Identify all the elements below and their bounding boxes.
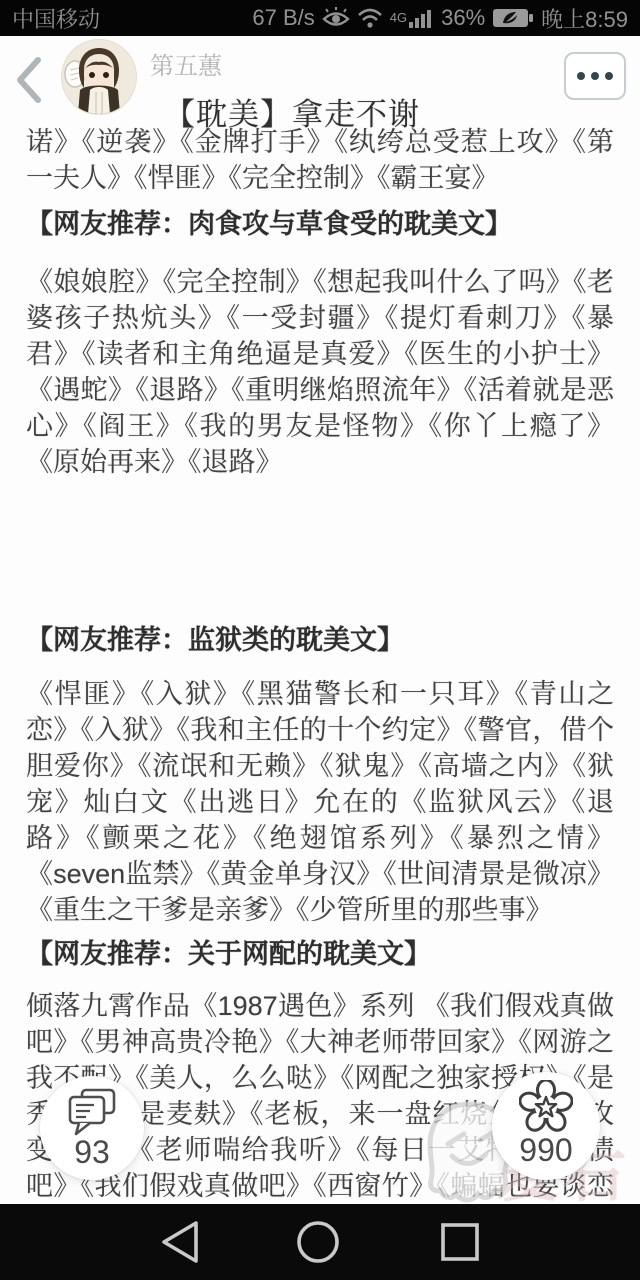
carrier-label: 中国移动 [12, 3, 100, 34]
comment-bubbles-icon [66, 1088, 118, 1136]
battery-saver-icon [492, 7, 534, 29]
net-speed-label: 67 B/s [252, 5, 314, 31]
post-paragraph: 《娘娘腔》《完全控制》《想起我叫什么了吗》《老婆孩子热炕头》《一受封疆》《提灯看… [26, 264, 614, 480]
nav-back-triangle-icon[interactable] [158, 1219, 200, 1270]
nav-recents-square-icon[interactable] [440, 1222, 480, 1267]
section-heading: 【网友推荐：监狱类的耽美文】 [26, 622, 614, 658]
battery-percent-label: 36% [441, 5, 485, 31]
wifi-icon [357, 7, 383, 29]
eye-protection-icon [322, 7, 350, 29]
likes-button[interactable]: 990 [492, 1072, 600, 1180]
ellipsis-dot [605, 72, 613, 80]
signal-4g-icon: 4G [390, 7, 434, 29]
status-bar: 中国移动 67 B/s 4G [0, 0, 640, 36]
section-heading: 【网友推荐：肉食攻与草食受的耽美文】 [26, 206, 614, 242]
post-paragraph: 《悍匪》《入狱》《黑猫警长和一只耳》《青山之恋》《入狱》《我和主任的十个约定》《… [26, 676, 614, 928]
likes-count: 990 [519, 1132, 572, 1169]
avatar-illustration [62, 40, 136, 114]
post-paragraph: 诺》《逆袭》《金牌打手》《纨绔总受惹上攻》《第一夫人》《悍匪》《完全控制》《霸王… [26, 124, 614, 196]
clock-label: 晚上8:59 [541, 3, 628, 34]
nav-home-circle-icon[interactable] [295, 1219, 341, 1270]
flower-star-icon [519, 1080, 573, 1134]
more-options-button[interactable] [564, 52, 626, 100]
author-username[interactable]: 第五蕙 [150, 46, 420, 81]
header: 第五蕙 【耽美】拿走不谢 [0, 36, 640, 122]
comments-count: 93 [74, 1134, 110, 1171]
android-nav-bar [0, 1204, 640, 1280]
avatar[interactable] [62, 40, 136, 114]
section-heading: 【网友推荐：关于网配的耽美文】 [26, 936, 614, 972]
back-button[interactable] [14, 56, 44, 104]
comments-button[interactable]: 93 [40, 1076, 144, 1180]
screen: 中国移动 67 B/s 4G [0, 0, 640, 1280]
ellipsis-dot [591, 72, 599, 80]
ellipsis-dot [577, 72, 585, 80]
